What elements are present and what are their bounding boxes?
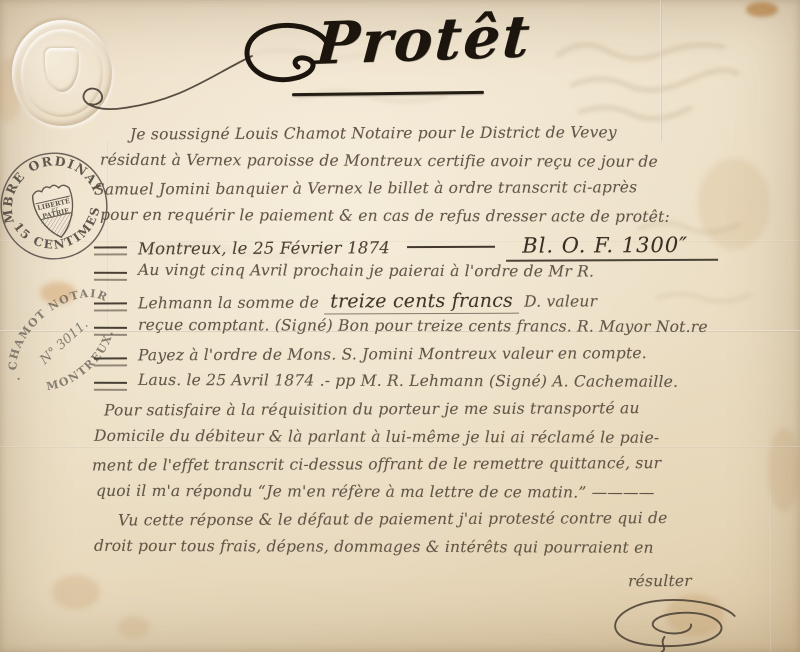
manuscript-line-text: ment de l'effet transcrit ci-dessus offr… <box>92 454 661 474</box>
manuscript-line: quoi il m'a répondu “Je m'en réfère à ma… <box>92 481 794 511</box>
document-title: Protêt <box>314 2 534 78</box>
manuscript-line: Au vingt cinq Avril prochain je paierai … <box>92 261 794 291</box>
notary-stamp-number-text: N° 3011. <box>37 317 92 368</box>
fold-crease <box>660 0 662 142</box>
manuscript-line: Samuel Jomini banquier à Vernex le bille… <box>92 178 794 209</box>
margin-quote-mark <box>94 272 127 281</box>
manuscript-line-text: Vu cette réponse & le défaut de paiement… <box>118 509 668 529</box>
paper-stain <box>666 594 724 636</box>
margin-quote-mark <box>94 247 127 256</box>
paraph-flourish-icon <box>598 597 750 652</box>
manuscript-line: reçue comptant. (Signé) Bon pour treize … <box>92 316 794 346</box>
manuscript-line-text: Je soussigné Louis Chamot Notaire pour l… <box>130 123 617 143</box>
embossed-seal <box>12 20 112 126</box>
manuscript-line: Laus. le 25 Avril 1874 .- pp M. R. Lehma… <box>92 371 794 401</box>
manuscript-line-text: pour en requérir le paiement & en cas de… <box>100 206 670 226</box>
ruled-dash <box>407 246 495 248</box>
closing-word: résulter <box>628 571 692 589</box>
manuscript-line-text: Samuel Jomini banquier à Vernex le bille… <box>94 178 637 198</box>
bill-date-text: Montreux, le 25 Février 1874 <box>138 239 390 259</box>
margin-quote-mark <box>94 382 127 391</box>
manuscript-page: Protêt TIMBRE ORDINAIRE. 15 CENTIMES LIB… <box>0 0 800 652</box>
manuscript-line: Pour satisfaire à la réquisition du port… <box>92 398 794 429</box>
manuscript-line-text: Payez à l'ordre de Mons. S. Jomini Montr… <box>138 344 647 364</box>
margin-quote-mark <box>94 327 127 336</box>
closing-word-line: résulter <box>92 571 794 602</box>
manuscript-line-text: droit pour tous frais, dépens, dommages … <box>94 537 654 557</box>
manuscript-line-text: résidant à Vernex paroisse de Montreux c… <box>100 150 658 170</box>
embossed-shield-icon <box>45 48 79 92</box>
ink-stain <box>746 2 778 17</box>
document-title-block: Protêt <box>230 4 590 109</box>
paper-stain <box>118 616 150 638</box>
bill-amount-words-line: Lehmann la somme de treize cents francs … <box>92 288 794 319</box>
manuscript-line: droit pour tous frais, dépens, dommages … <box>92 537 794 567</box>
manuscript-line: ment de l'effet transcrit ci-dessus offr… <box>92 454 794 485</box>
manuscript-line-text: Laus. le 25 Avril 1874 .- pp M. R. Lehma… <box>138 371 678 391</box>
manuscript-line-text: Pour satisfaire à la réquisition du port… <box>104 399 640 419</box>
bill-date-line: Montreux, le 25 Février 1874 Bl. O. F. 1… <box>92 233 794 264</box>
margin-quote-mark <box>94 302 127 311</box>
manuscript-line-text: Lehmann la somme de <box>138 293 324 312</box>
manuscript-line-text: D. valeur <box>524 292 597 310</box>
manuscript-line: Je soussigné Louis Chamot Notaire pour l… <box>92 122 794 153</box>
bill-amount-figures: Bl. O. F. 1300″ <box>506 233 718 262</box>
manuscript-line-text: quoi il m'a répondu “Je m'en réfère à ma… <box>96 482 654 502</box>
manuscript-line: Vu cette réponse & le défaut de paiement… <box>92 509 794 540</box>
manuscript-line: pour en requérir le paiement & en cas de… <box>92 206 794 236</box>
manuscript-body: Je soussigné Louis Chamot Notaire pour l… <box>92 124 794 600</box>
manuscript-line: résidant à Vernex paroisse de Montreux c… <box>92 150 794 180</box>
margin-quote-mark <box>94 357 127 366</box>
manuscript-line: Domicile du débiteur & là parlant à lui-… <box>92 426 794 456</box>
manuscript-line: Payez à l'ordre de Mons. S. Jomini Montr… <box>92 343 794 374</box>
manuscript-line-text: reçue comptant. (Signé) Bon pour treize … <box>138 316 708 336</box>
manuscript-line-text: Domicile du débiteur & là parlant à lui-… <box>94 426 659 446</box>
bill-amount-words: treize cents francs <box>324 289 519 314</box>
manuscript-line-text: Au vingt cinq Avril prochain je paierai … <box>138 261 594 281</box>
